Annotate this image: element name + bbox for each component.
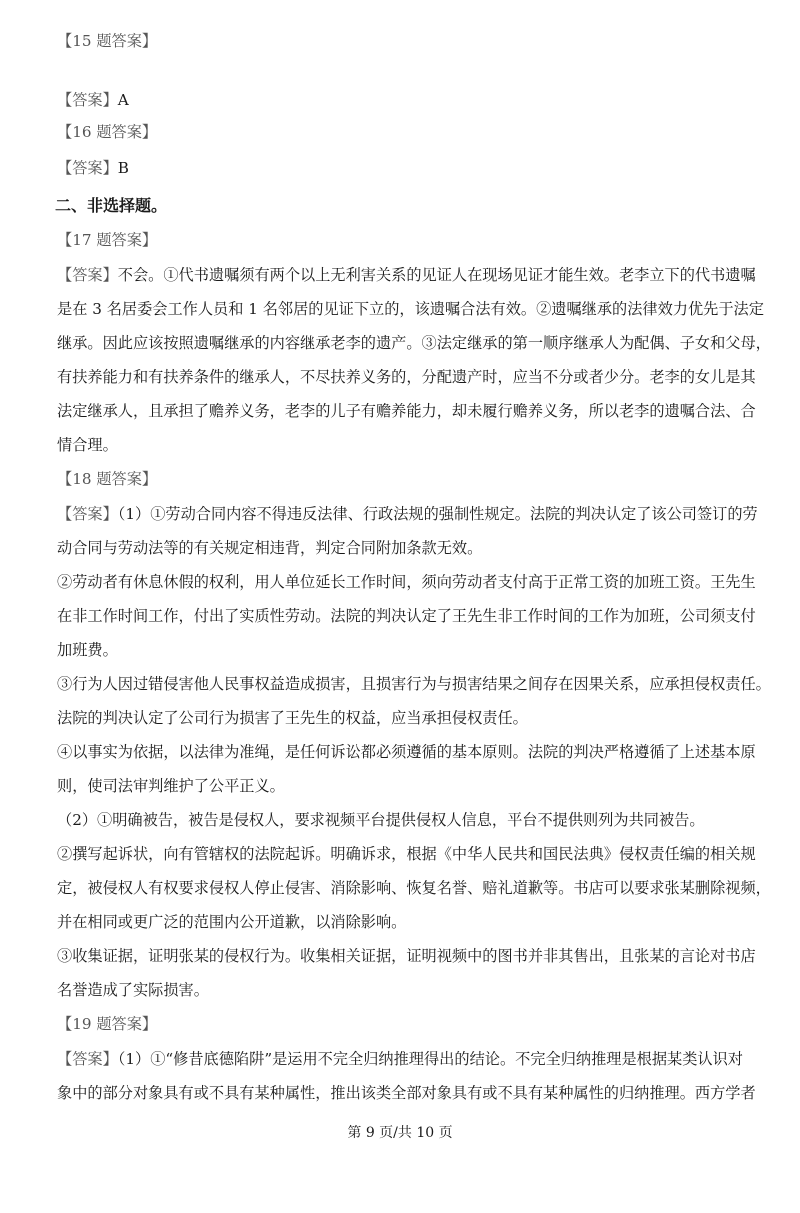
q18-answer-line: 在非工作时间工作，付出了实质性劳动。法院的判决认定了王先生非工作时间的工作为加班… (57, 606, 743, 626)
q18-answer-line: 并在相同或更广泛的范围内公开道歉，以消除影响。 (57, 912, 406, 932)
answer-text: （1）①“修昔底德陷阱”是运用不完全归纳推理得出的结论。不完全归纳推理是根据某类… (118, 1050, 743, 1068)
q17-answer-line: 是在 3 名居委会工作人员和 1 名邻居的见证下立的，该遗嘱合法有效。②遗嘱继承… (57, 299, 743, 319)
section-heading: 二、非选择题。 (55, 196, 167, 216)
q19-title: 【19 题答案】 (57, 1014, 157, 1034)
answer-label: 【答案】 (57, 159, 118, 177)
answer-text: （1）①劳动合同内容不得违反法律、行政法规的强制性规定。法院的判决认定了该公司签… (118, 505, 758, 523)
answer-label: 【答案】 (57, 505, 118, 523)
q18-answer-line: 名誉造成了实际损害。 (57, 980, 209, 1000)
q19-answer-line: 【答案】（1）①“修昔底德陷阱”是运用不完全归纳推理得出的结论。不完全归纳推理是… (57, 1049, 743, 1069)
q18-answer-line: 则，使司法审判维护了公平正义。 (57, 776, 285, 796)
q17-answer-line: 【答案】不会。①代书遗嘱须有两个以上无利害关系的见证人在现场见证才能生效。老李立… (57, 265, 743, 285)
page-number-footer: 第 9 页/共 10 页 (0, 1122, 800, 1142)
answer-text: 不会。①代书遗嘱须有两个以上无利害关系的见证人在现场见证才能生效。老李立下的代书… (118, 266, 756, 284)
q18-answer-line: ③收集证据，证明张某的侵权行为。收集相关证据，证明视频中的图书并非其售出，且张某… (57, 946, 743, 966)
q18-answer-line: 法院的判决认定了公司行为损害了王先生的权益，应当承担侵权责任。 (57, 708, 528, 728)
q18-answer-line: 加班费。 (57, 640, 118, 660)
q15-answer: 【答案】A (57, 90, 129, 110)
q18-answer-line: 定，被侵权人有权要求侵权人停止侵害、消除影响、恢复名誉、赔礼道歉等。书店可以要求… (57, 878, 743, 898)
q17-answer-line: 继承。因此应该按照遗嘱继承的内容继承老李的遗产。③法定继承的第一顺序继承人为配偶… (57, 333, 743, 353)
q17-title: 【17 题答案】 (57, 230, 157, 250)
q17-answer-line: 情合理。 (57, 435, 118, 455)
q16-title: 【16 题答案】 (57, 122, 157, 142)
q18-answer-line: 动合同与劳动法等的有关规定相违背，判定合同附加条款无效。 (57, 538, 482, 558)
q18-title: 【18 题答案】 (57, 469, 157, 489)
answer-label: 【答案】 (57, 91, 118, 109)
q17-answer-line: 有扶养能力和有扶养条件的继承人，不尽扶养义务的，分配遗产时，应当不分或者少分。老… (57, 367, 743, 387)
q18-answer-line: ③行为人因过错侵害他人民事权益造成损害，且损害行为与损害结果之间存在因果关系，应… (57, 674, 743, 694)
answer-value: B (118, 159, 129, 177)
answer-label: 【答案】 (57, 1050, 118, 1068)
q18-answer-line: （2）①明确被告，被告是侵权人，要求视频平台提供侵权人信息，平台不提供则列为共同… (57, 810, 705, 830)
q18-answer-line: 【答案】（1）①劳动合同内容不得违反法律、行政法规的强制性规定。法院的判决认定了… (57, 504, 743, 524)
answer-label: 【答案】 (57, 266, 118, 284)
q19-answer-line: 象中的部分对象具有或不具有某种属性，推出该类全部对象具有或不具有某种属性的归纳推… (57, 1083, 743, 1103)
q17-answer-line: 法定继承人，且承担了赡养义务，老李的儿子有赡养能力，却未履行赡养义务，所以老李的… (57, 401, 743, 421)
q18-answer-line: ②撰写起诉状，向有管辖权的法院起诉。明确诉求，根据《中华人民共和国民法典》侵权责… (57, 844, 743, 864)
q15-title: 【15 题答案】 (57, 31, 157, 51)
answer-value: A (118, 91, 129, 109)
q16-answer: 【答案】B (57, 158, 129, 178)
q18-answer-line: ④以事实为依据，以法律为准绳，是任何诉讼都必须遵循的基本原则。法院的判决严格遵循… (57, 742, 743, 762)
q18-answer-line: ②劳动者有休息休假的权利，用人单位延长工作时间，须向劳动者支付高于正常工资的加班… (57, 572, 743, 592)
